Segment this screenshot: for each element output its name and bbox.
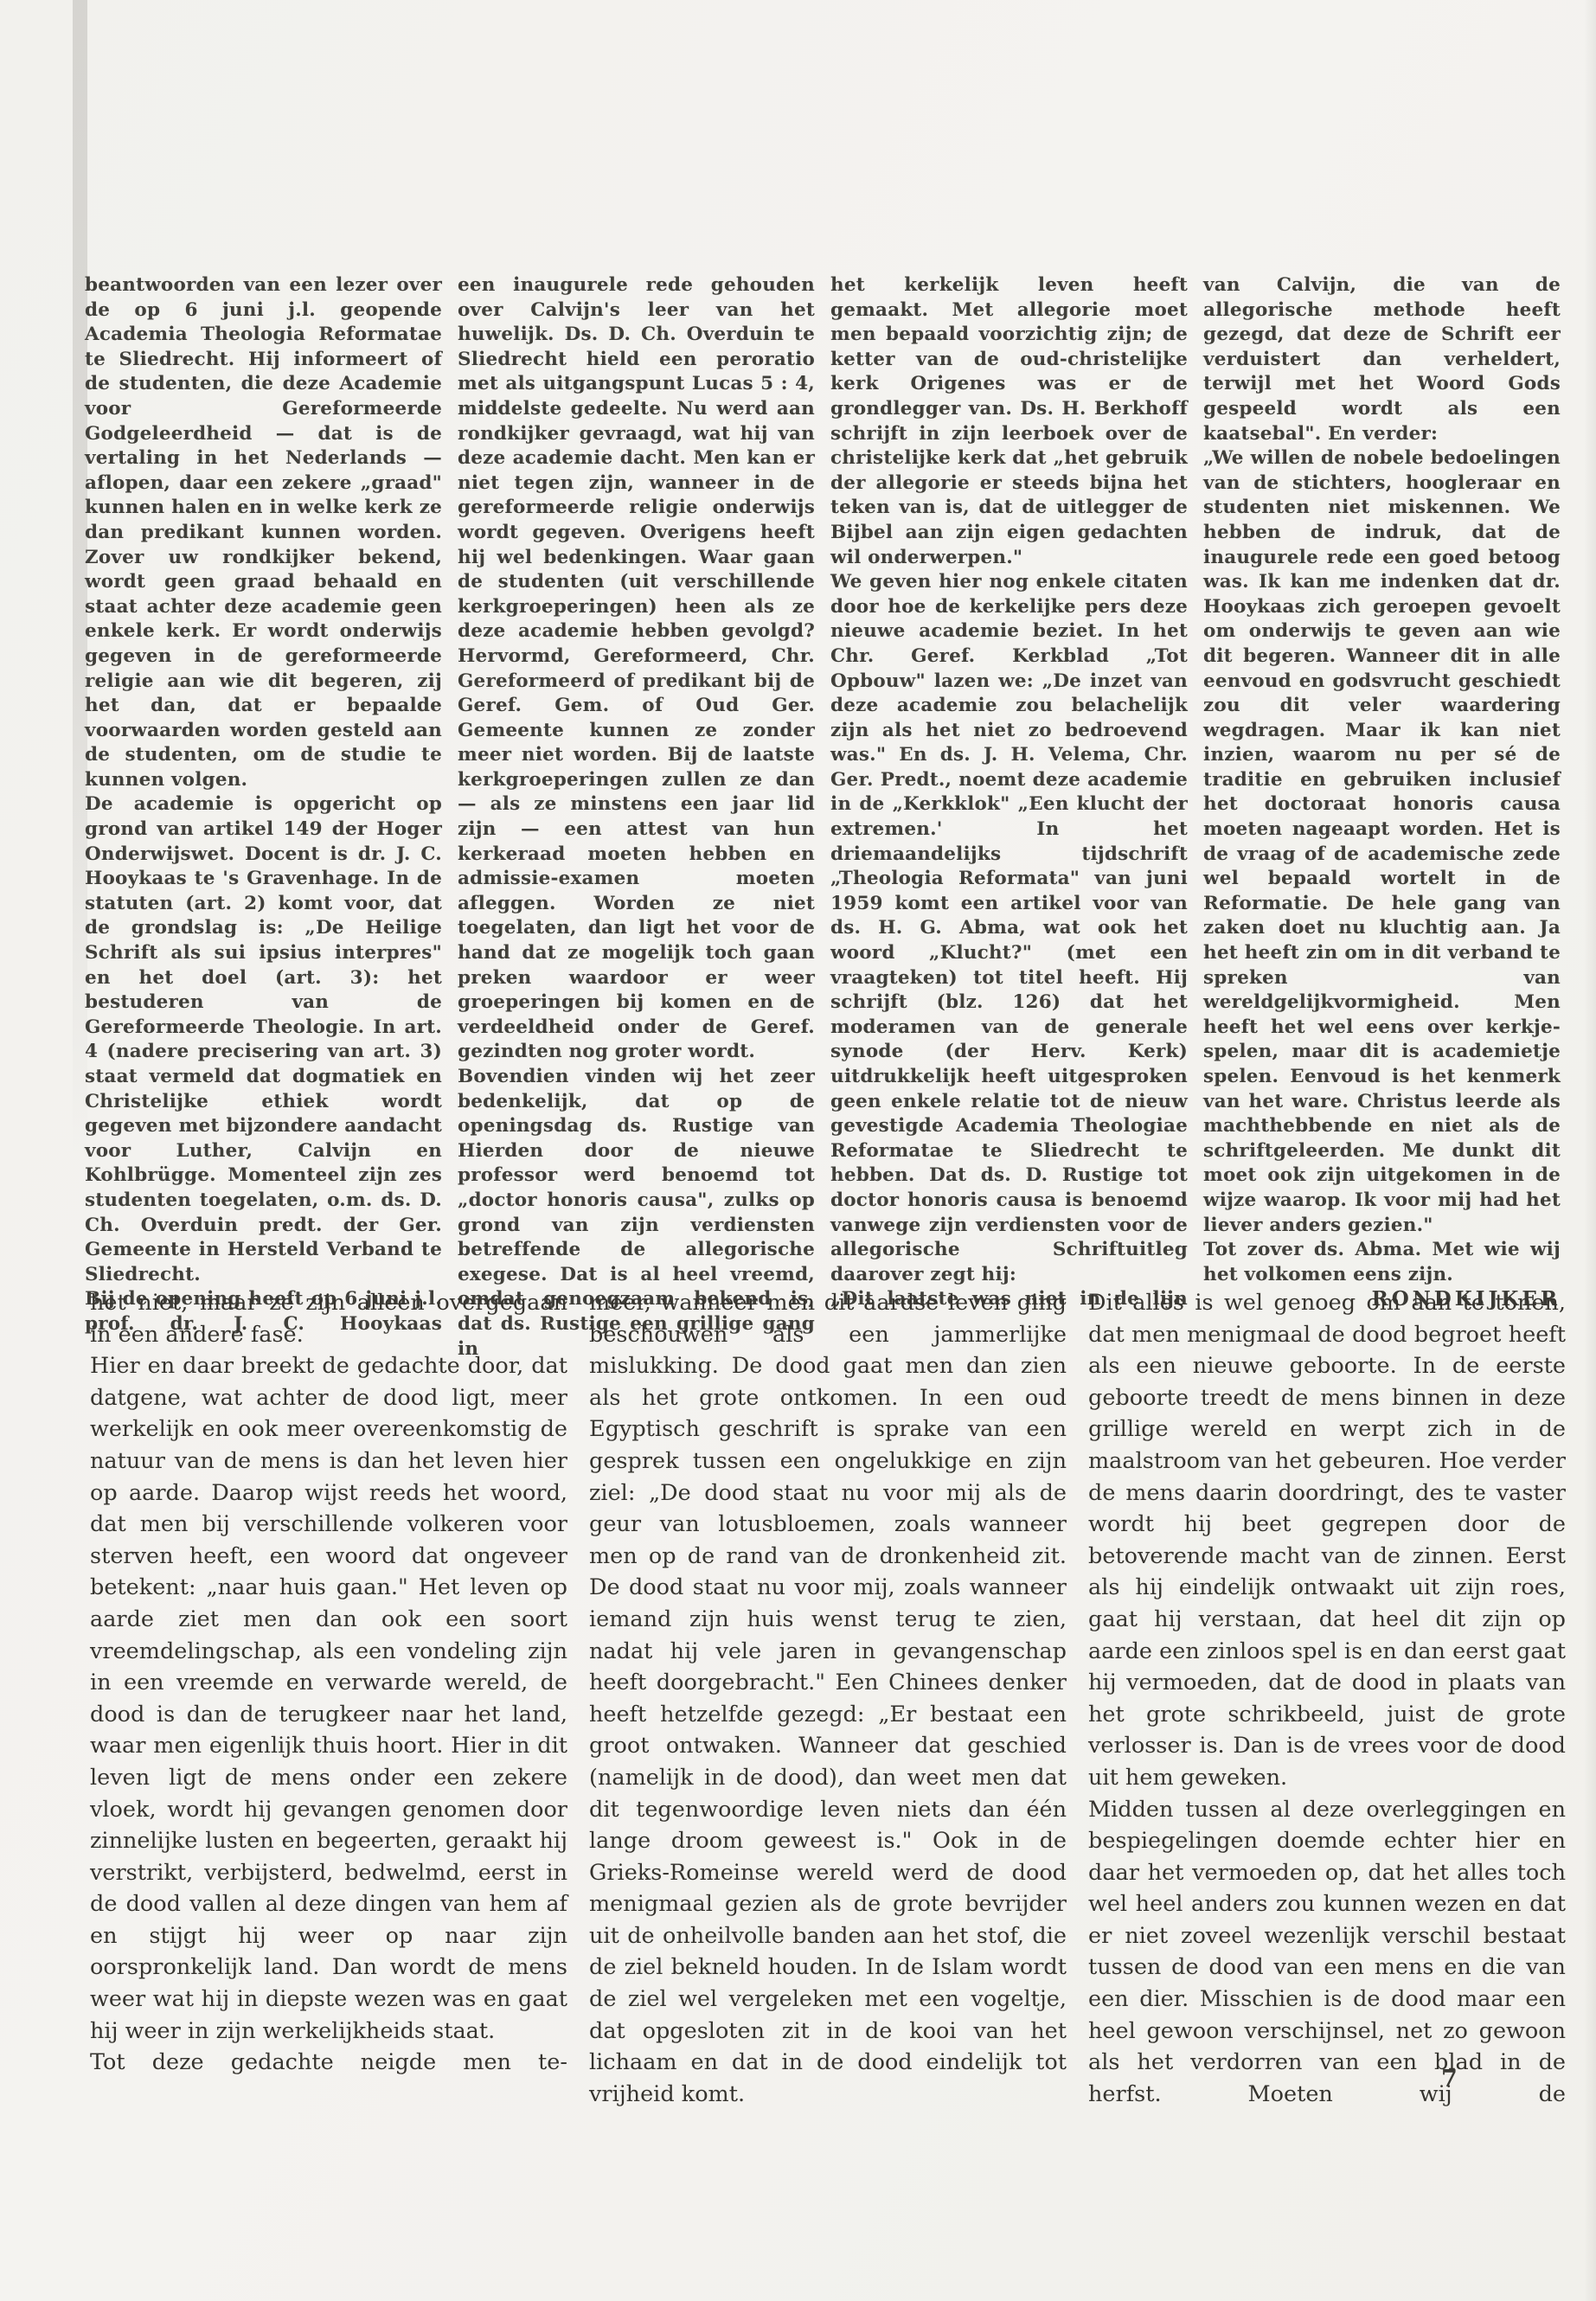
scanned-page: beantwoorden van een lezer over de op 6 … [0, 0, 1596, 2301]
bottom-article-column-3: Dit alles is wel genoeg om aan te tonen,… [1088, 1287, 1566, 2110]
paragraph: Tot deze gedachte neigde men te- [90, 2047, 567, 2079]
bottom-article-column-1: het niet, maar ze zijn alleen overgegaan… [90, 1287, 567, 2110]
paragraph: beantwoorden van een lezer over de op 6 … [85, 273, 442, 792]
paragraph: Midden tussen al deze overleggingen en b… [1088, 1794, 1566, 2111]
top-article-column-4: van Calvijn, die van de allegorische met… [1203, 273, 1561, 1362]
paragraph: „We willen de nobele bedoelingen van de … [1203, 446, 1561, 1238]
bottom-article-column-2: meer, wanneer men dit aardse leven ging … [589, 1287, 1067, 2110]
scan-edge-artifact-right [1584, 0, 1596, 2301]
paragraph: Hier en daar breekt de gedachte door, da… [90, 1350, 567, 2047]
paragraph: het kerkelijk leven heeft gemaakt. Met a… [830, 273, 1188, 570]
top-article: beantwoorden van een lezer over de op 6 … [85, 273, 1555, 1362]
paragraph: Dit alles is wel genoeg om aan te tonen,… [1088, 1287, 1566, 1794]
top-article-column-4-text: van Calvijn, die van de allegorische met… [1203, 273, 1561, 1287]
paragraph: van Calvijn, die van de allegorische met… [1203, 273, 1561, 446]
top-article-column-3: het kerkelijk leven heeft gemaakt. Met a… [830, 273, 1188, 1362]
paragraph: meer, wanneer men dit aardse leven ging … [589, 1287, 1067, 2110]
paragraph: een inaugurele rede gehouden over Calvij… [458, 273, 815, 1065]
paragraph: het niet, maar ze zijn alleen overgegaan… [90, 1287, 567, 1350]
top-article-column-1: beantwoorden van een lezer over de op 6 … [85, 273, 442, 1362]
bottom-article: het niet, maar ze zijn alleen overgegaan… [90, 1287, 1566, 2110]
paragraph: De academie is opgericht op grond van ar… [85, 792, 442, 1287]
paragraph: We geven hier nog enkele citaten door ho… [830, 570, 1188, 1287]
paragraph: Tot zover ds. Abma. Met wie wij het volk… [1203, 1238, 1561, 1287]
page-number: 7 [1441, 2066, 1458, 2093]
top-article-column-2: een inaugurele rede gehouden over Calvij… [458, 273, 815, 1362]
